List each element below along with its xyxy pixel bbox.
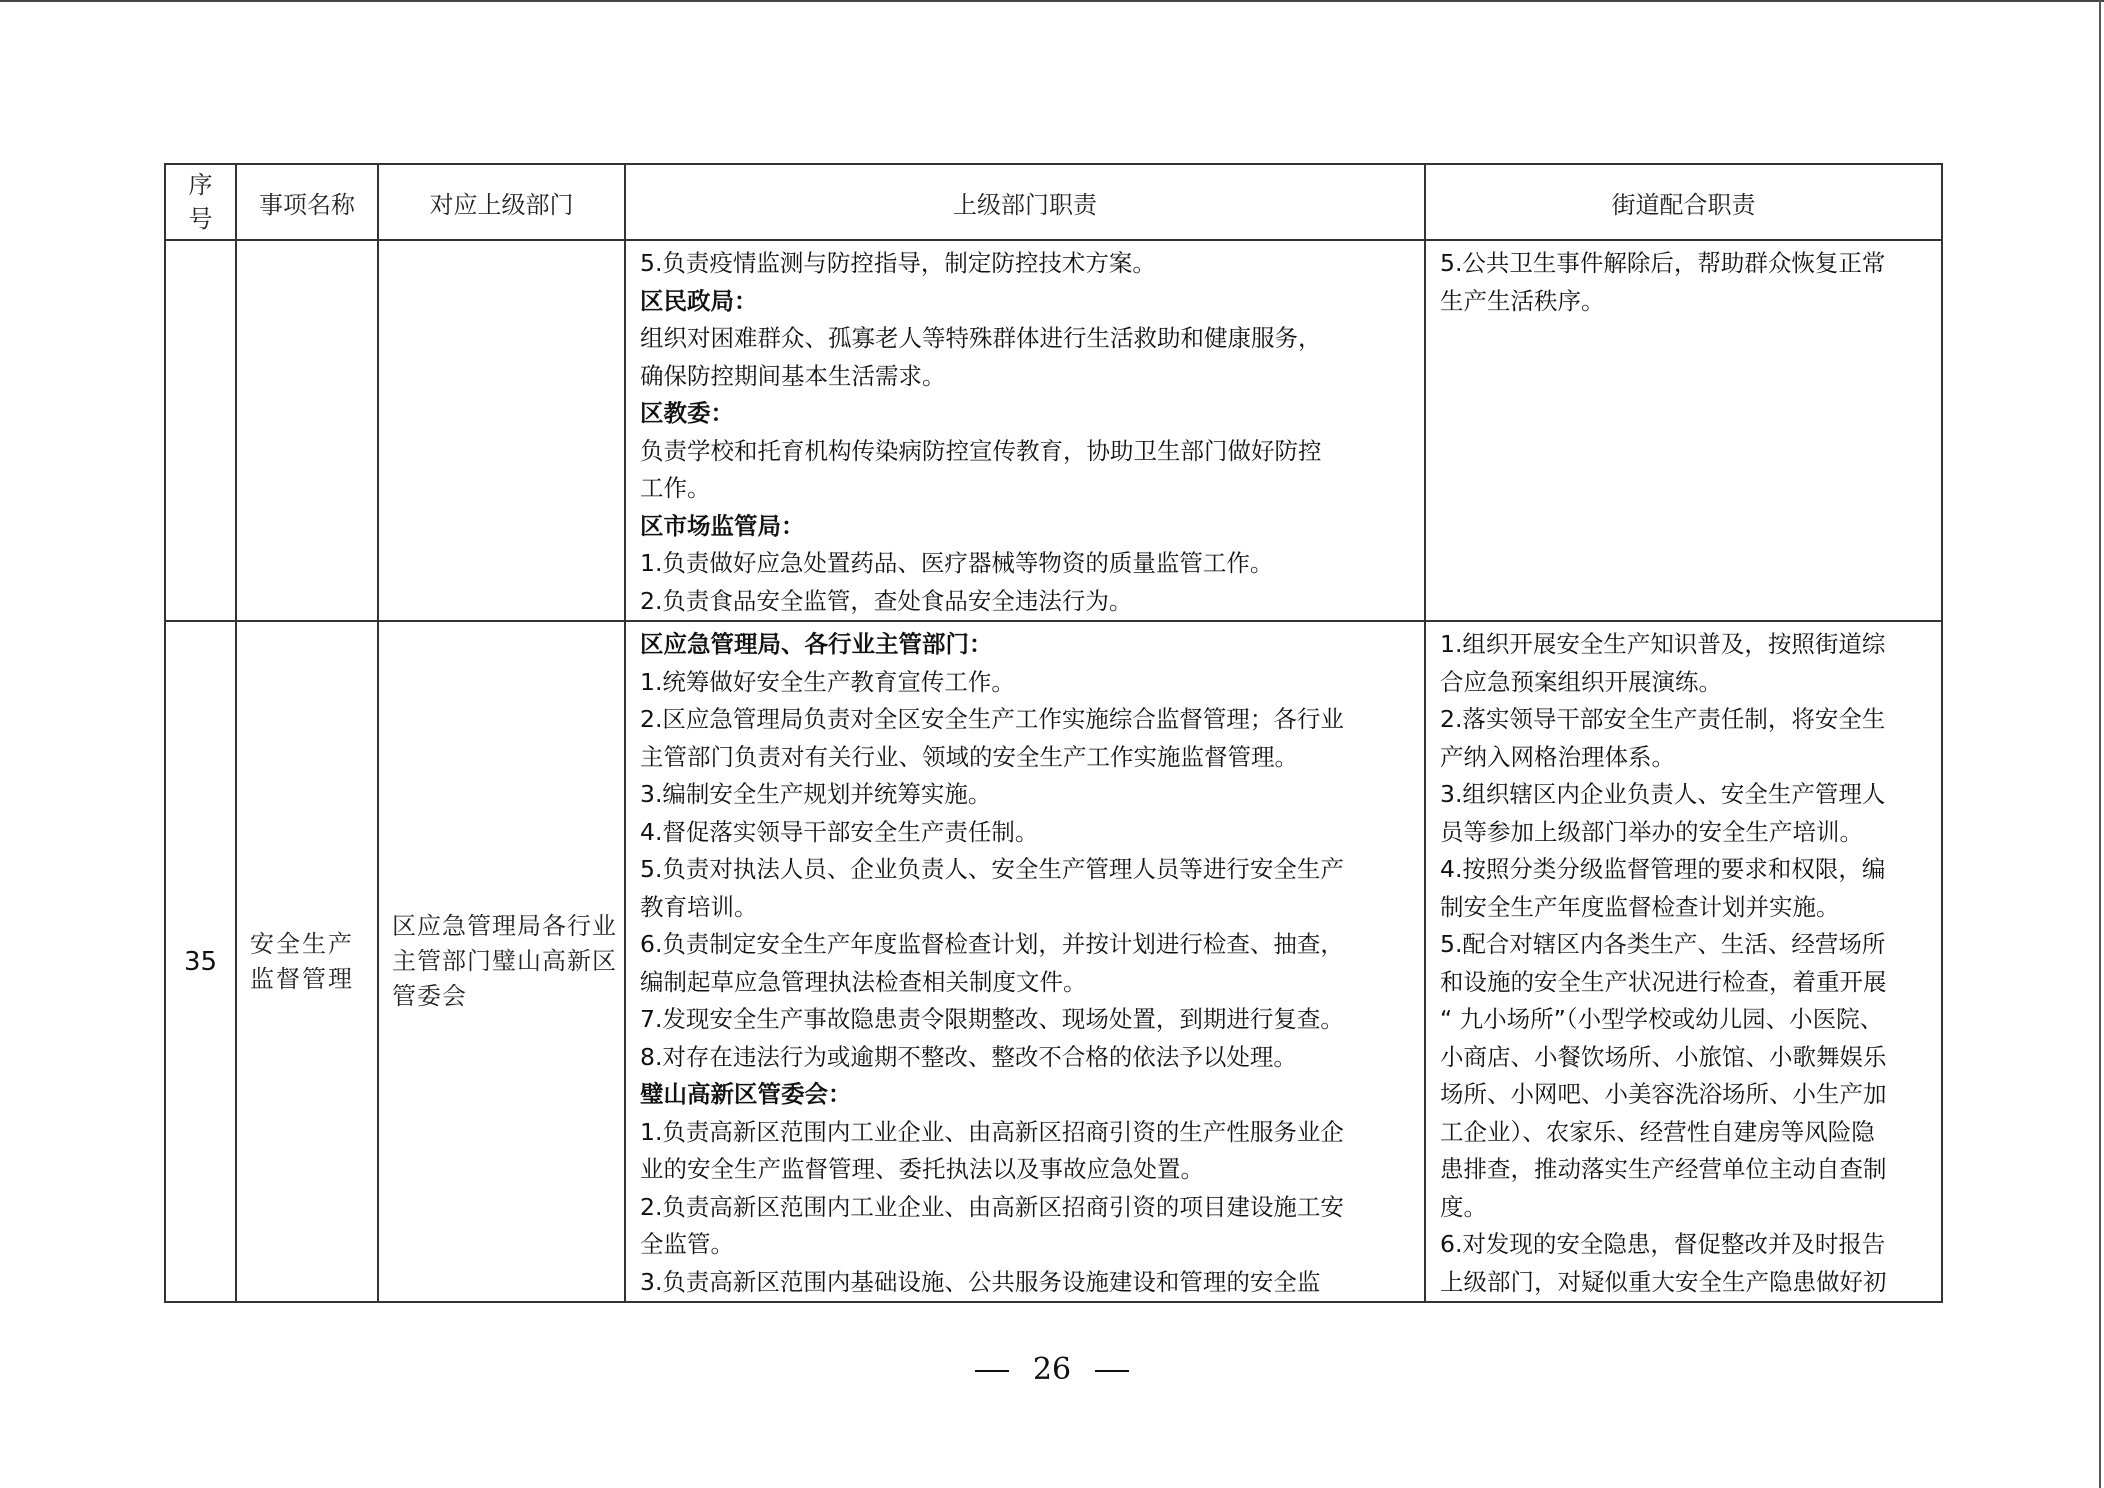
text-line: 合应急预案组织开展演练。 xyxy=(1440,664,1933,702)
text-line: 1.统筹做好安全生产教育宣传工作。 xyxy=(640,664,1414,702)
text-line: 产纳入网格治理体系。 xyxy=(1440,739,1933,777)
superior-dept-cell xyxy=(378,240,625,621)
text-line: 4.督促落实领导干部安全生产责任制。 xyxy=(640,814,1414,852)
text-line: 2.负责高新区范围内工业企业、由高新区招商引资的项目建设施工安 xyxy=(640,1189,1414,1227)
page-number-footer: 26 xyxy=(0,1352,2104,1387)
text-line: “ 九小场所”（小型学校或幼儿园、小医院、 xyxy=(1440,1001,1933,1039)
text-line: 员等参加上级部门举办的安全生产培训。 xyxy=(1440,814,1933,852)
text-line: 6.负责制定安全生产年度监督检查计划，并按计划进行检查、抽查， xyxy=(640,926,1414,964)
text-line: 1.负责做好应急处置药品、医疗器械等物资的质量监管工作。 xyxy=(640,545,1414,583)
text-line: 1.负责高新区范围内工业企业、由高新区招商引资的生产性服务业企 xyxy=(640,1114,1414,1152)
text-line: 5.公共卫生事件解除后，帮助群众恢复正常 xyxy=(1440,245,1933,283)
header-superior-duties: 上级部门职责 xyxy=(625,164,1425,240)
superior-duties-text: 区应急管理局、各行业主管部门：1.统筹做好安全生产教育宣传工作。2.区应急管理局… xyxy=(626,622,1424,1301)
text-line: 教育培训。 xyxy=(640,889,1414,927)
header-seq-line1: 序 xyxy=(189,171,213,199)
header-street-duties: 街道配合职责 xyxy=(1425,164,1942,240)
text-line: 编制起草应急管理执法检查相关制度文件。 xyxy=(640,964,1414,1002)
seq-cell xyxy=(165,240,236,621)
text-line: 制安全生产年度监督检查计划并实施。 xyxy=(1440,889,1933,927)
street-duties-cell: 5.公共卫生事件解除后，帮助群众恢复正常生产生活秩序。 xyxy=(1425,240,1942,621)
street-duties-text: 1.组织开展安全生产知识普及，按照街道综合应急预案组织开展演练。2.落实领导干部… xyxy=(1426,622,1941,1301)
table-row: 5.负责疫情监测与防控指导，制定防控技术方案。区民政局：组织对困难群众、孤寡老人… xyxy=(165,240,1942,621)
item-name-cell: 安全生产监督管理 xyxy=(236,621,378,1302)
text-line: 和设施的安全生产状况进行检查，着重开展 xyxy=(1440,964,1933,1002)
section-heading: 区教委： xyxy=(640,395,1414,433)
text-line: 度。 xyxy=(1440,1189,1933,1227)
footer-dash-left xyxy=(975,1370,1009,1372)
duty-table: 序 号 事项名称 对应上级部门 上级部门职责 街道配合职责 5.负责疫情监测与防… xyxy=(164,163,1943,1303)
superior-duties-text: 5.负责疫情监测与防控指导，制定防控技术方案。区民政局：组织对困难群众、孤寡老人… xyxy=(626,241,1424,620)
text-line: 业的安全生产监督管理、委托执法以及事故应急处置。 xyxy=(640,1151,1414,1189)
table-header-row: 序 号 事项名称 对应上级部门 上级部门职责 街道配合职责 xyxy=(165,164,1942,240)
text-line: 2.区应急管理局负责对全区安全生产工作实施综合监督管理；各行业 xyxy=(640,701,1414,739)
header-seq: 序 号 xyxy=(165,164,236,240)
header-item-name: 事项名称 xyxy=(236,164,378,240)
superior-dept-cell: 区应急管理局各行业主管部门璧山高新区管委会 xyxy=(378,621,625,1302)
text-line: 5.负责疫情监测与防控指导，制定防控技术方案。 xyxy=(640,245,1414,283)
text-line: 全监管。 xyxy=(640,1226,1414,1264)
text-line: 2.负责食品安全监管，查处食品安全违法行为。 xyxy=(640,583,1414,621)
text-line: 8.对存在违法行为或逾期不整改、整改不合格的依法予以处理。 xyxy=(640,1039,1414,1077)
header-superior-dept: 对应上级部门 xyxy=(378,164,625,240)
text-line: 场所、小网吧、小美容洗浴场所、小生产加 xyxy=(1440,1076,1933,1114)
header-seq-line2: 号 xyxy=(189,205,213,233)
seq-cell: 35 xyxy=(165,621,236,1302)
text-line: 安全生产 xyxy=(250,930,354,958)
section-heading: 区应急管理局、各行业主管部门： xyxy=(640,626,1414,664)
item-name-text: 安全生产监督管理 xyxy=(237,927,377,997)
text-line: 患排查，推动落实生产经营单位主动自查制 xyxy=(1440,1151,1933,1189)
text-line: 6.对发现的安全隐患，督促整改并及时报告 xyxy=(1440,1226,1933,1264)
text-line: 负责学校和托育机构传染病防控宣传教育，协助卫生部门做好防控 xyxy=(640,433,1414,471)
street-duties-text: 5.公共卫生事件解除后，帮助群众恢复正常生产生活秩序。 xyxy=(1426,241,1941,320)
text-line: 生产生活秩序。 xyxy=(1440,283,1933,321)
superior-dept-text: 区应急管理局各行业主管部门璧山高新区管委会 xyxy=(379,909,624,1014)
section-heading: 区市场监管局： xyxy=(640,508,1414,546)
text-line: 主管部门负责对有关行业、领域的安全生产工作实施监督管理。 xyxy=(640,739,1414,777)
text-line: 3.负责高新区范围内基础设施、公共服务设施建设和管理的安全监 xyxy=(640,1264,1414,1302)
page-top-border xyxy=(0,0,2104,2)
text-line: 工作。 xyxy=(640,470,1414,508)
text-line: 1.组织开展安全生产知识普及，按照街道综 xyxy=(1440,626,1933,664)
text-line: 确保防控期间基本生活需求。 xyxy=(640,358,1414,396)
superior-duties-cell: 区应急管理局、各行业主管部门：1.统筹做好安全生产教育宣传工作。2.区应急管理局… xyxy=(625,621,1425,1302)
text-line: 3.组织辖区内企业负责人、安全生产管理人 xyxy=(1440,776,1933,814)
footer-dash-right xyxy=(1095,1370,1129,1372)
street-duties-cell: 1.组织开展安全生产知识普及，按照街道综合应急预案组织开展演练。2.落实领导干部… xyxy=(1425,621,1942,1302)
table-row: 35 安全生产监督管理 区应急管理局各行业主管部门璧山高新区管委会 区应急管理局… xyxy=(165,621,1942,1302)
section-heading: 璧山高新区管委会： xyxy=(640,1076,1414,1114)
text-line: 4.按照分类分级监督管理的要求和权限，编 xyxy=(1440,851,1933,889)
text-line: 上级部门，对疑似重大安全生产隐患做好初 xyxy=(1440,1264,1933,1302)
item-name-cell xyxy=(236,240,378,621)
section-heading: 区民政局： xyxy=(640,283,1414,321)
text-line: 小商店、小餐饮场所、小旅馆、小歌舞娱乐 xyxy=(1440,1039,1933,1077)
text-line: 5.配合对辖区内各类生产、生活、经营场所 xyxy=(1440,926,1933,964)
page-number: 26 xyxy=(1033,1352,1071,1387)
text-line: 组织对困难群众、孤寡老人等特殊群体进行生活救助和健康服务， xyxy=(640,320,1414,358)
superior-duties-cell: 5.负责疫情监测与防控指导，制定防控技术方案。区民政局：组织对困难群众、孤寡老人… xyxy=(625,240,1425,621)
text-line: 2.落实领导干部安全生产责任制，将安全生 xyxy=(1440,701,1933,739)
text-line: 区应急管理局 xyxy=(392,912,542,940)
text-line: 3.编制安全生产规划并统筹实施。 xyxy=(640,776,1414,814)
page-right-border xyxy=(2099,0,2101,1488)
text-line: 工企业）、农家乐、经营性自建房等风险隐 xyxy=(1440,1114,1933,1152)
text-line: 5.负责对执法人员、企业负责人、安全生产管理人员等进行安全生产 xyxy=(640,851,1414,889)
text-line: 监督管理 xyxy=(250,965,354,993)
text-line: 7.发现安全生产事故隐患责令限期整改、现场处置，到期进行复查。 xyxy=(640,1001,1414,1039)
